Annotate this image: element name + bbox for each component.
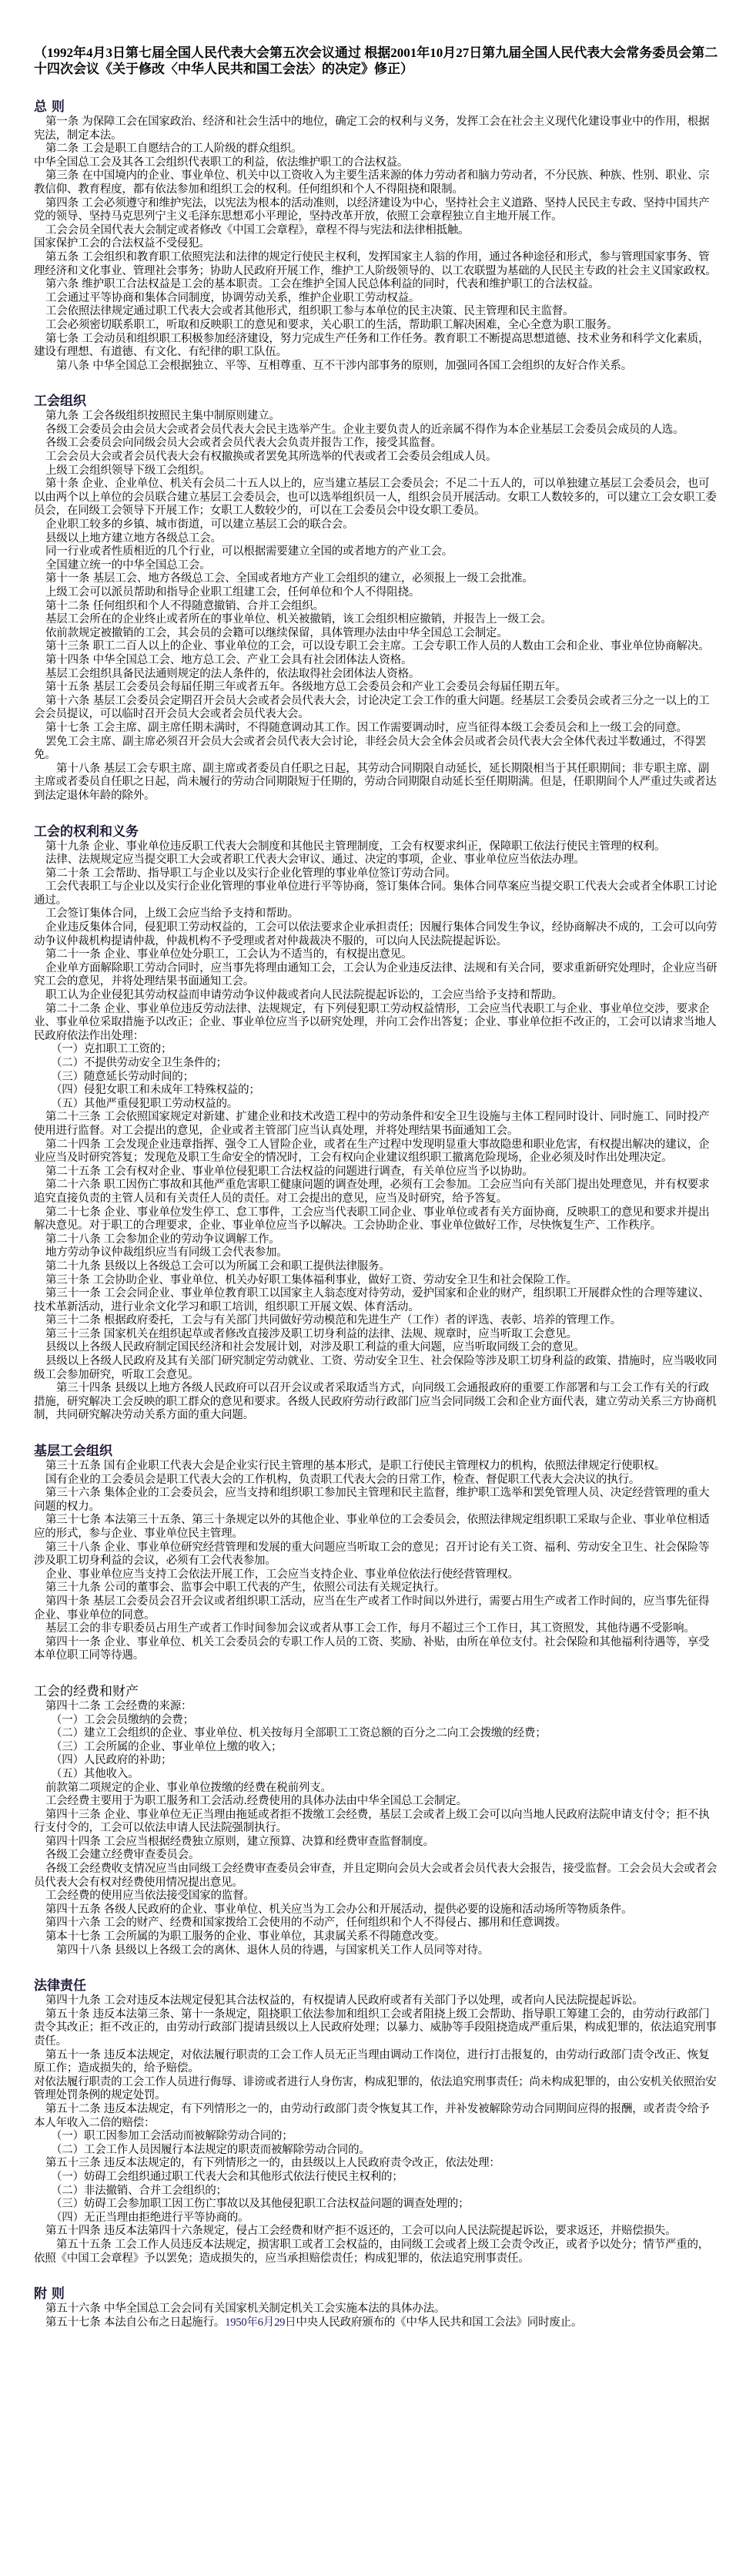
section-title: 工会的权利和义务 [34, 823, 718, 840]
article-paragraph: 县级以上地方建立地方各级总工会。 [34, 532, 718, 546]
section-title: 基层工会组织 [34, 1443, 718, 1460]
article-paragraph: 第五十四条 违反本法第四十六条规定，侵占工会经费和财产拒不返还的，工会可以向人民… [34, 2225, 718, 2239]
article-paragraph: 第五十七条 本法自公布之日起施行。1950年6月29日中央人民政府颁布的《中华人… [34, 2316, 718, 2330]
article-paragraph: 依前款规定被撤销的工会，其会员的会籍可以继续保留，具体管理办法由中华全国总工会制… [34, 627, 718, 641]
article-paragraph: 第三十一条 工会会同企业、事业单位教育职工以国家主人翁态度对待劳动，爱护国家和企… [34, 1287, 718, 1314]
article-paragraph: 第二十九条 县级以上各级总工会可以为所属工会和职工提供法律服务。 [34, 1260, 718, 1274]
list-item: （三）妨碍工会参加职工因工伤亡事故以及其他侵犯职工合法权益问题的调查处理的； [34, 2198, 718, 2212]
article-paragraph: 企业、事业单位应当支持工会依法开展工作，工会应当支持企业、事业单位依法行使经营管… [34, 1568, 718, 1582]
article-paragraph: 第二条 工会是职工自愿结合的工人阶级的群众组织。 [34, 143, 718, 156]
article-paragraph: 第二十五条 工会有权对企业、事业单位侵犯职工合法权益的问题进行调查，有关单位应当… [34, 1166, 718, 1179]
article-paragraph: 第本十七条 工会所属的为职工服务的企业、事业单位，其隶属关系不得随意改变。 [34, 1930, 718, 1944]
article-paragraph: 工会会员全国代表大会制定或者修改《中国工会章程》，章程不得与宪法和法律相抵触。 [34, 224, 718, 238]
article-paragraph: 第九条 工会各级组织按照民主集中制原则建立。 [34, 410, 718, 424]
article-paragraph: 全国建立统一的中华全国总工会。 [34, 559, 718, 573]
article-paragraph: 各级工会建立经费审查委员会。 [34, 1849, 718, 1863]
article-paragraph: 第十一条 基层工会、地方各级总工会、全国或者地方产业工会组织的建立，必须报上一级… [34, 572, 718, 586]
article-paragraph: 同一行业或者性质相近的几个行业，可以根据需要建立全国的或者地方的产业工会。 [34, 545, 718, 559]
list-item: （三）随意延长劳动时间的； [34, 1071, 718, 1085]
article-paragraph: 第四十条 基层工会委员会召开会议或者组织职工活动，应当在生产或者工作时间以外进行… [34, 1595, 718, 1622]
article-paragraph: 第十七条 工会主席、副主席任期未满时，不得随意调动其工作。因工作需要调动时，应当… [34, 722, 718, 736]
article-paragraph: 第五十一条 违反本法规定，对依法履行职责的工会工作人员无正当理由调动工作岗位，进… [34, 2049, 718, 2076]
article-paragraph: 第二十一条 企业、事业单位处分职工，工会认为不适当的，有权提出意见。 [34, 948, 718, 962]
article-text: 中央人民政府颁布的《中华人民共和国工会法》同时废止。 [296, 2316, 582, 2329]
list-item: （二）工会工作人员因履行本法规定的职责而被解除劳动合同的。 [34, 2144, 718, 2158]
article-paragraph: 第二十六条 职工因伤亡事故和其他严重危害职工健康问题的调查处理，必须有工会参加。… [34, 1179, 718, 1206]
article-paragraph: 第三十条 工会协助企业、事业单位、机关办好职工集体福利事业，做好工资、劳动安全卫… [34, 1274, 718, 1288]
article-paragraph: 第五条 工会组织和教育职工依照宪法和法律的规定行使民主权利，发挥国家主人翁的作用… [34, 251, 718, 278]
article-paragraph: 上级工会可以派员帮助和指导企业职工组建工会，任何单位和个人不得阻挠。 [34, 586, 718, 600]
article-paragraph: 企业单方面解除职工劳动合同时，应当事先将理由通知工会，工会认为企业违反法律、法规… [34, 962, 718, 989]
article-paragraph: 企业违反集体合同，侵犯职工劳动权益的，工会可以依法要求企业承担责任；因履行集体合… [34, 921, 718, 948]
article-paragraph: 第四十一条 企业、事业单位、机关工会委员会的专职工作人员的工资、奖励、补贴，由所… [34, 1636, 718, 1663]
article-paragraph: 职工认为企业侵犯其劳动权益而申请劳动争议仲裁或者向人民法院提起诉讼的，工会应当给… [34, 989, 718, 1003]
article-paragraph: 第四十五条 各级人民政府的企业、事业单位、机关应当为工会办公和开展活动，提供必要… [34, 1903, 718, 1917]
article-paragraph: 县级以上各级人民政府及其有关部门研究制定劳动就业、工资、劳动安全卫生、社会保险等… [34, 1355, 718, 1382]
article-paragraph: 各级工会委员会向同级会员大会或者会员代表大会负责并报告工作，接受其监督。 [34, 437, 718, 451]
article-paragraph: 第二十条 工会帮助、指导职工与企业以及实行企业化管理的事业单位签订劳动合同。 [34, 867, 718, 881]
section: 法律责任第四十九条 工会对违反本法规定侵犯其合法权益的，有权提请人民政府或者有关… [34, 1977, 718, 2266]
section-title: 附 则 [34, 2286, 718, 2303]
article-paragraph: 第三十八条 企业、事业单位研究经营管理和发展的重大问题应当听取工会的意见；召开讨… [34, 1541, 718, 1568]
section: 工会组织第九条 工会各级组织按照民主集中制原则建立。各级工会委员会由会员大会或者… [34, 393, 718, 803]
article-paragraph: 第七条 工会动员和组织职工积极参加经济建设，努力完成生产任务和工作任务。教育职工… [34, 333, 718, 360]
list-item: （二）非法撤销、合并工会组织的； [34, 2185, 718, 2199]
article-paragraph: 工会通过平等协商和集体合同制度，协调劳动关系，维护企业职工劳动权益。 [34, 292, 718, 306]
article-paragraph: 第十四条 中华全国总工会、地方总工会、产业工会具有社会团体法人资格。 [34, 654, 718, 668]
article-paragraph: 第二十八条 工会参加企业的劳动争议调解工作。 [34, 1233, 718, 1247]
article-paragraph: 对依法履行职责的工会工作人员进行侮辱、诽谤或者进行人身伤害，构成犯罪的，依法追究… [34, 2076, 718, 2103]
article-paragraph: 各级工会委员会由会员大会或者会员代表大会民主选举产生。企业主要负责人的近亲属不得… [34, 424, 718, 438]
article-paragraph: 第五十六条 中华全国总工会会同有关国家机关制定机关工会实施本法的具体办法。 [34, 2303, 718, 2316]
article-paragraph: 第一条 为保障工会在国家政治、经济和社会生活中的地位，确定工会的权利与义务，发挥… [34, 116, 718, 143]
list-item: （一）克扣职工工资的； [34, 1043, 718, 1057]
article-paragraph: 工会经费主要用于为职工服务和工会活动.经费使用的具体办法由中华全国总工会制定。 [34, 1795, 718, 1809]
article-paragraph: 中华全国总工会及其各工会组织代表职工的利益，依法维护职工的合法权益。 [34, 156, 718, 170]
article-paragraph: 工会依照法律规定通过职工代表大会或者其他形式，组织职工参与本单位的民主决策、民主… [34, 305, 718, 319]
article-paragraph: 罢免工会主席、副主席必须召开会员大会或者会员代表大会讨论，非经会员大会全体会员或… [34, 736, 718, 763]
article-paragraph: 上级工会组织领导下级工会组织。 [34, 465, 718, 478]
list-item: （二）不提供劳动安全卫生条件的； [34, 1057, 718, 1071]
list-item: （四）人民政府的补助； [34, 1754, 718, 1768]
article-paragraph: 第三十七条 本法第三十五条、第三十条规定以外的其他企业、事业单位的工会委员会，依… [34, 1514, 718, 1541]
article-paragraph: 工会签订集体合同，上级工会应当给予支持和帮助。 [34, 907, 718, 921]
list-item: （四）无正当理由拒绝进行平等协商的。 [34, 2212, 718, 2225]
article-paragraph: 工会经费的使用应当依法接受国家的监督。 [34, 1890, 718, 1903]
article-paragraph: 第三十三条 国家机关在组织起草或者修改直接涉及职工切身利益的法律、法规、规章时，… [34, 1328, 718, 1342]
article-paragraph: 基层工会组织具备民法通则规定的法人条件的，依法取得社会团体法人资格。 [34, 668, 718, 682]
article-paragraph: 第十五条 基层工会委员会每届任期三年或者五年。各级地方总工会委员会和产业工会委员… [34, 681, 718, 695]
article-paragraph: 基层工会的非专职委员占用生产或者工作时间参加会议或者从事工会工作，每月不超过三个… [34, 1622, 718, 1636]
article-paragraph: 第四十三条 企业、事业单位无正当理由拖延或者拒不拨缴工会经费，基层工会或者上级工… [34, 1809, 718, 1836]
section: 附 则第五十六条 中华全国总工会会同有关国家机关制定机关工会实施本法的具体办法。… [34, 2286, 718, 2329]
section: 工会的权利和义务第十九条 企业、事业单位违反职工代表大会制度和其他民主管理制度，… [34, 823, 718, 1424]
section: 总 则第一条 为保障工会在国家政治、经济和社会生活中的地位，确定工会的权利与义务… [34, 99, 718, 373]
article-paragraph: 第三十四条 县级以上地方各级人民政府可以召开会议或者采取适当方式，向同级工会通报… [34, 1382, 718, 1423]
article-paragraph: 第二十七条 企业、事业单位发生停工、怠工事件，工会应当代表职工同企业、事业单位或… [34, 1206, 718, 1233]
article-paragraph: 第四十九条 工会对违反本法规定侵犯其合法权益的，有权提请人民政府或者有关部门予以… [34, 1994, 718, 2008]
article-paragraph: 国家保护工会的合法权益不受侵犯。 [34, 237, 718, 251]
list-item: （五）其他收入。 [34, 1768, 718, 1782]
article-paragraph: 企业职工较多的乡镇、城市街道，可以建立基层工会的联合会。 [34, 518, 718, 532]
section: 基层工会组织第三十五条 国有企业职工代表大会是企业实行民主管理的基本形式，是职工… [34, 1443, 718, 1663]
article-paragraph: 第四条 工会必须遵守和维护宪法，以宪法为根本的活动准则，以经济建设为中心，坚持社… [34, 197, 718, 224]
section-title: 工会组织 [34, 393, 718, 410]
article-paragraph: 第五十条 违反本法第三条、第十一条规定，阻挠职工依法参加和组织工会或者阻挠上级工… [34, 2008, 718, 2049]
article-paragraph: 基层工会所在的企业终止或者所在的事业单位、机关被撤销，该工会组织相应撤销，并报告… [34, 613, 718, 627]
article-paragraph: 第三十五条 国有企业职工代表大会是企业实行民主管理的基本形式，是职工行使民主管理… [34, 1460, 718, 1474]
article-paragraph: 第六条 维护职工合法权益是工会的基本职责。工会在维护全国人民总体利益的同时，代表… [34, 278, 718, 292]
article-paragraph: 第十三条 职工二百人以上的企业、事业单位的工会，可以设专职工会主席。工会专职工作… [34, 640, 718, 654]
list-item: （五）其他严重侵犯职工劳动权益的。 [34, 1098, 718, 1112]
article-paragraph: 第十九条 企业、事业单位违反职工代表大会制度和其他民主管理制度，工会有权要求纠正… [34, 840, 718, 854]
article-paragraph: 国有企业的工会委员会是职工代表大会的工作机构，负责职工代表大会的日常工作，检查、… [34, 1474, 718, 1488]
article-paragraph: 第五十二条 违反本法规定，有下列情形之一的，由劳动行政部门责令恢复其工作，并补发… [34, 2103, 718, 2130]
document-preamble: （1992年4月3日第七届全国人民代表大会第五次会议通过 根据2001年10月2… [34, 45, 718, 77]
article-text: 第五十七条 本法自公布之日起施行。 [45, 2316, 225, 2329]
section-title: 法律责任 [34, 1977, 718, 1994]
section-title: 总 则 [34, 99, 718, 116]
article-paragraph: 工会必须密切联系职工，听取和反映职工的意见和要求，关心职工的生活，帮助职工解决困… [34, 319, 718, 333]
article-paragraph: 第四十六条 工会的财产、经费和国家拨给工会使用的不动产，任何组织和个人不得侵占、… [34, 1917, 718, 1930]
article-paragraph: 第四十八条 县级以上各级工会的离休、退休人员的待遇，与国家机关工作人员同等对待。 [34, 1944, 718, 1958]
article-paragraph: 第三十六条 集体企业的工会委员会，应当支持和组织职工参加民主管理和民主监督，维护… [34, 1487, 718, 1514]
article-paragraph: 第十条 企业、企业单位、机关有会员二十五人以上的，应当建立基层工会委员会；不足二… [34, 478, 718, 518]
list-item: （一）工会会员缴纳的会费； [34, 1714, 718, 1728]
article-paragraph: 第二十三条 工会依照国家规定对新建、扩建企业和技术改造工程中的劳动条件和安全卫生… [34, 1111, 718, 1138]
list-item: （四）侵犯女职工和未成年工特殊权益的； [34, 1084, 718, 1098]
list-item: （一）职工因参加工会活动而被解除劳动合同的； [34, 2130, 718, 2144]
list-item: （二）建立工会组织的企业、事业单位、机关按每月全部职工工资总额的百分之二向工会拨… [34, 1727, 718, 1741]
section: 工会的经费和财产第四十二条 工会经费的来源：（一）工会会员缴纳的会费；（二）建立… [34, 1683, 718, 1957]
article-paragraph: 第三十二条 根据政府委托，工会与有关部门共同做好劳动模范和先进生产（工作）者的评… [34, 1314, 718, 1328]
article-paragraph: 第十二条 任何组织和个人不得随意撤销、合并工会组织。 [34, 600, 718, 614]
article-paragraph: 工会会员大会或者会员代表大会有权撤换或者罢免其所选举的代表或者工会委员会组成人员… [34, 451, 718, 465]
document-page: （1992年4月3日第七届全国人民代表大会第五次会议通过 根据2001年10月2… [0, 0, 746, 2380]
article-paragraph: 第二十四条 工会发现企业违章指挥、强令工人冒险企业，或者在生产过程中发现明显重大… [34, 1139, 718, 1166]
article-paragraph: 第三条 在中国境内的企业、事业单位、机关中以工资收入为主要生活来源的体力劳动者和… [34, 169, 718, 196]
section-title: 工会的经费和财产 [34, 1683, 718, 1700]
date-text: 1950年6月29日 [225, 2316, 296, 2329]
list-item: （一）妨碍工会组织通过职工代表大会和其他形式依法行使民主权利的； [34, 2171, 718, 2185]
document-sections: 总 则第一条 为保障工会在国家政治、经济和社会生活中的地位，确定工会的权利与义务… [34, 99, 718, 2329]
article-paragraph: 工会代表职工与企业以及实行企业化管理的事业单位进行平等协商，签订集体合同。集体合… [34, 880, 718, 907]
article-paragraph: 第八条 中华全国总工会根据独立、平等、互相尊重、互不干涉内部事务的原则，加强同各… [34, 360, 718, 374]
article-paragraph: 第十六条 基层工会委员会定期召开会员大会或者会员代表大会，讨论决定工会工作的重大… [34, 695, 718, 722]
article-paragraph: 第二十二条 企业、事业单位违反劳动法律、法规规定，有下列侵犯职工劳动权益情形，工… [34, 1003, 718, 1044]
article-paragraph: 地方劳动争议仲裁组织应当有同级工会代表参加。 [34, 1246, 718, 1260]
article-paragraph: 第五十三条 违反本法规定的，有下列情形之一的，由县级以上人民政府责令改正，依法处… [34, 2157, 718, 2171]
article-paragraph: 第四十二条 工会经费的来源： [34, 1700, 718, 1714]
article-paragraph: 县级以上各级人民政府制定国民经济和社会发展计划，对涉及职工利益的重大问题，应当听… [34, 1341, 718, 1355]
article-paragraph: 第四十四条 工会应当根据经费独立原则，建立预算、决算和经费审查监督制度。 [34, 1836, 718, 1850]
article-paragraph: 前款第二项规定的企业、事业单位拨缴的经费在税前列支。 [34, 1782, 718, 1796]
article-paragraph: 各级工会经费收支情况应当由同级工会经费审查委员会审查，并且定期向会员大会或者会员… [34, 1863, 718, 1890]
article-paragraph: 法律、法规规定应当提交职工大会或者职工代表大会审议、通过、决定的事项，企业、事业… [34, 854, 718, 867]
article-paragraph: 第五十五条 工会工作人员违反本法规定，损害职工或者工会权益的，由同级工会或者上级… [34, 2239, 718, 2266]
article-paragraph: 第三十九条 公司的董事会、监事会中职工代表的产生，依照公司法有关规定执行。 [34, 1581, 718, 1595]
article-paragraph: 第十八条 基层工会专职主席、副主席或者委员自任职之日起，其劳动合同期限自动延长，… [34, 763, 718, 803]
list-item: （三）工会所属的企业、事业单位上缴的收入； [34, 1741, 718, 1755]
